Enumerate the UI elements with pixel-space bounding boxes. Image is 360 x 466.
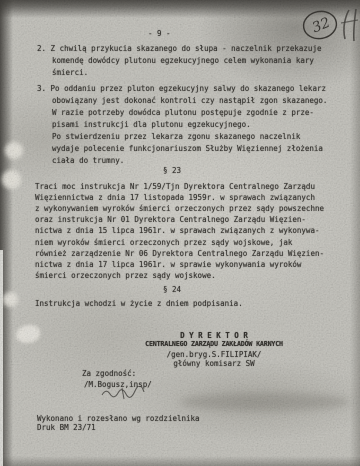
- section-23-line: nictwa z dnia 15 lipca 1961r. w sprawach…: [35, 226, 319, 235]
- bottom-edge-shadow: [0, 456, 360, 466]
- list-item-line: komendę dowódcy plutonu egzekucyjnego ce…: [52, 56, 314, 65]
- signatory-role: główny komisarz SW: [126, 359, 302, 368]
- section-23-heading: § 23: [0, 166, 344, 175]
- list-item-line: 3. Po oddaniu przez pluton egzekucyjny s…: [37, 84, 326, 93]
- list-item-line: wydaje polecenie funkcjonariuszom Służby…: [52, 144, 323, 153]
- list-item-line: pisami instrukcji dla plutonu egzekucyjn…: [52, 120, 251, 129]
- section-23-line: z wykonywaniem wyroków śmierci orzeczony…: [35, 204, 324, 213]
- page-number: - 9 -: [148, 29, 171, 38]
- section-23-line: nictwa z dnia 17 lipca 1961r. w sprawie …: [35, 260, 301, 269]
- print-reference: Druk BM 23/71: [37, 423, 96, 432]
- ink-smudge: [180, 393, 350, 411]
- hole-punch: [3, 292, 18, 307]
- handwritten-signature-icon: [100, 386, 148, 400]
- section-23-line: śmierci orzeczonych przez sądy wojskowe.: [35, 271, 216, 280]
- section-23-line: niem wyroków śmierci orzeczonych przez s…: [35, 238, 292, 247]
- paper-damage-spot: [16, 325, 40, 343]
- list-item-line: śmierci.: [52, 68, 88, 77]
- distribution-note: Wykonano i rozesłano wg rozdzielnika: [37, 414, 200, 423]
- list-item-line: 2. Z chwilą przykucia skazanego do słupa…: [37, 44, 321, 53]
- signatory-organization: CENTRALNEGO ZARZĄDU ZAKŁADÓW KARNYCH: [126, 340, 302, 349]
- section-24-line: Instrukcja wchodzi w życie z dniem podpi…: [35, 299, 243, 308]
- scanned-document-page: - 9 - 32 2. Z chwilą przykucia skazanego…: [0, 0, 360, 466]
- scan-edge-sliver: [0, 250, 3, 466]
- hole-punch: [5, 142, 23, 159]
- section-23-line: również zarządzenie Nr 06 Dyrektora Cent…: [35, 249, 324, 258]
- section-23-line: Więziennictwa z dnia 17 listopada 1959r.…: [35, 193, 315, 202]
- section-23-line: oraz instrukcja Nr 01 Dyrektora Centraln…: [35, 215, 306, 224]
- section-24-heading: § 24: [0, 285, 344, 294]
- signature-block: D Y R E K T O R CENTRALNEGO ZARZĄDU ZAKŁ…: [126, 331, 302, 368]
- list-item-line: ciała do trumny.: [52, 156, 124, 165]
- signatory-name: /gen.bryg.S.FILIPIAK/: [126, 350, 302, 359]
- section-23-line: Traci moc instrukcja Nr 1/59/Tjn Dyrekto…: [35, 182, 315, 191]
- list-item-line: W razie potrzeby dowódca plutonu postępu…: [52, 108, 314, 117]
- margin-handwritten-mark-icon: [337, 5, 360, 45]
- left-edge-shadow: [0, 0, 13, 466]
- right-edge-shadow: [350, 0, 360, 466]
- list-item-line: Po stwierdzeniu przez lekarza zgonu skaz…: [52, 132, 300, 141]
- list-item-line: obowiązany jest dokonać kontroli czy nas…: [52, 96, 327, 105]
- certification-label: Za zgodność:: [82, 369, 136, 378]
- signatory-title: D Y R E K T O R: [126, 331, 302, 340]
- archival-page-number: 32: [310, 15, 333, 37]
